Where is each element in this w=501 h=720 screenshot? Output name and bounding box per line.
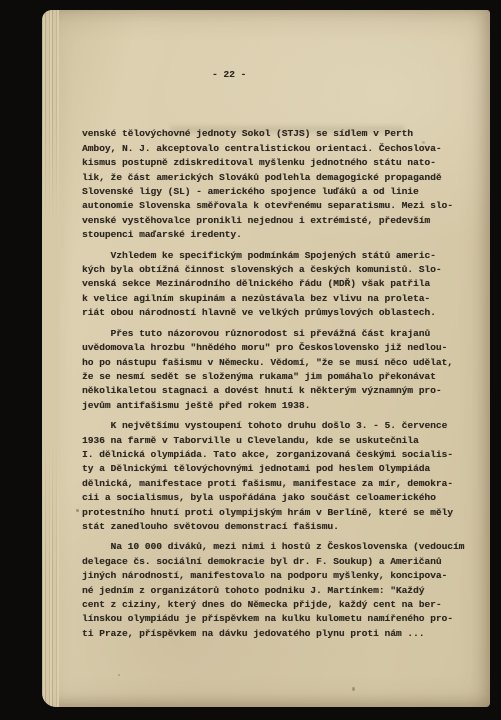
page-number: - 22 -	[82, 68, 480, 82]
body-text: venské tělovýchovné jednoty Sokol (STJS)…	[82, 127, 480, 641]
paragraph: Na 10 000 diváků, mezi nimi i hostů z Če…	[82, 540, 480, 641]
paragraph: venské tělovýchovné jednoty Sokol (STJS)…	[82, 127, 480, 242]
paper-speck	[76, 509, 79, 512]
paper-speck	[118, 674, 120, 676]
scanner-background: - 22 - venské tělovýchovné jednoty Sokol…	[0, 0, 501, 720]
paragraph: Vzhledem ke specifickým podmínkám Spojen…	[82, 249, 480, 321]
page-content: - 22 - venské tělovýchovné jednoty Sokol…	[82, 68, 480, 647]
paper-speck	[352, 687, 355, 691]
scanned-book-page: - 22 - venské tělovýchovné jednoty Sokol…	[42, 10, 490, 707]
book-page-edge-fade	[42, 10, 60, 707]
paragraph: Přes tuto názorovou různorodost si převá…	[82, 327, 480, 413]
paragraph: K největšímu vystoupení tohoto druhu doš…	[82, 419, 480, 534]
